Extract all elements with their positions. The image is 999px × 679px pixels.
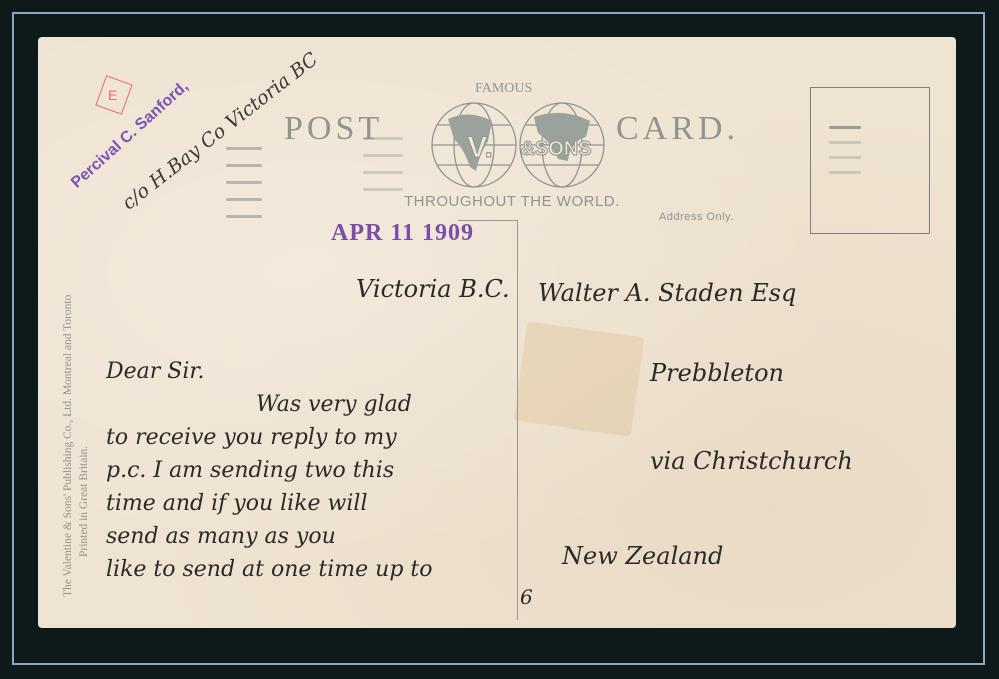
message-line: like to send at one time up to	[106, 553, 433, 586]
stamp-box	[810, 87, 930, 234]
svg-text:V.: V.	[467, 131, 493, 164]
message-line: Was very glad	[106, 388, 433, 421]
postmark-date-stamp: APR 11 1909	[331, 220, 474, 247]
place-written: Victoria B.C.	[356, 275, 510, 303]
red-pencil-letter: E	[108, 87, 117, 103]
imprint-line-2: Printed in Great Britain.	[76, 295, 92, 597]
message-line: time and if you like will	[106, 487, 433, 520]
recipient-line-1: Prebbleton	[650, 359, 784, 387]
post-label: POST	[284, 110, 383, 148]
svg-text:&SONS: &SONS	[520, 138, 591, 160]
center-divider-line	[517, 220, 518, 620]
recipient-name: Walter A. Staden Esq	[538, 279, 796, 307]
margin-note: 6	[520, 585, 533, 609]
recipient-line-2: via Christchurch	[650, 447, 853, 475]
paper-stain	[514, 321, 645, 436]
postcard: E The Valentine & Sons' Publishing Co., …	[38, 37, 956, 628]
imprint-line-1: The Valentine & Sons' Publishing Co., Lt…	[60, 295, 76, 597]
recipient-line-3: New Zealand	[562, 542, 723, 570]
famous-label: FAMOUS	[475, 81, 532, 97]
message-line: Dear Sir.	[106, 355, 433, 388]
message-line: p.c. I am sending two this	[106, 454, 433, 487]
stamp-box-cancel-marks	[829, 126, 861, 174]
machine-cancel-lines	[226, 147, 262, 218]
address-only-label: Address Only.	[659, 211, 734, 223]
card-label: CARD.	[616, 110, 739, 148]
handwritten-message: Dear Sir. Was very glad to receive you r…	[106, 355, 433, 586]
publisher-imprint: The Valentine & Sons' Publishing Co., Lt…	[60, 295, 92, 597]
message-line: to receive you reply to my	[106, 421, 433, 454]
globe-logo-icon: V. &SONS	[430, 101, 608, 189]
message-line: send as many as you	[106, 520, 433, 553]
tagline: THROUGHOUT THE WORLD.	[404, 193, 620, 210]
